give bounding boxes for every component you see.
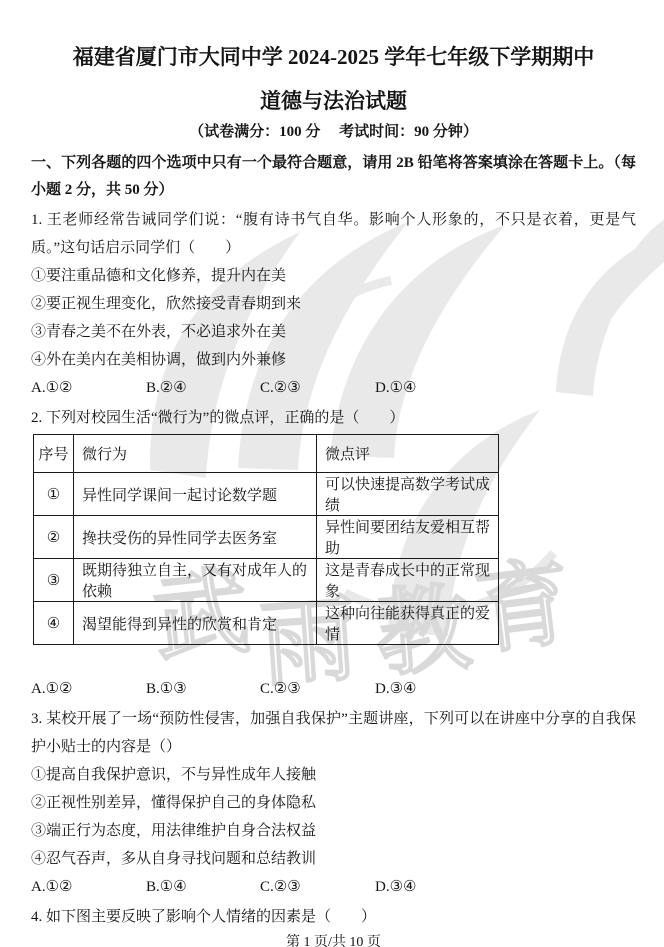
question-1-choice-c: C.②③ [260, 374, 375, 402]
question-1-choice-a: A.①② [31, 374, 146, 402]
table-header-row: 序号 微行为 微点评 [34, 435, 499, 473]
question-2-choice-a: A.①② [31, 675, 146, 703]
question-3-item-1: ①提高自我保护意识，不与异性成年人接触 [31, 761, 636, 789]
table-cell-comment: 可以快速提高数学考试成绩 [317, 473, 499, 516]
question-4: 4. 如下图主要反映了影响个人情绪的因素是（ ） [31, 903, 636, 931]
question-1-choice-b: B.②④ [146, 374, 260, 402]
exam-page: 福建省厦门市大同中学 2024-2025 学年七年级下学期期中 道德与法治试题 … [0, 0, 664, 947]
question-3-choice-a: A.①② [31, 873, 146, 901]
question-1-item-1: ①要注重品德和文化修养，提升内在美 [31, 262, 636, 290]
page-title-line1: 福建省厦门市大同中学 2024-2025 学年七年级下学期期中 [31, 42, 636, 72]
table-cell-comment: 这是青春成长中的正常现象 [317, 559, 499, 602]
section-instruction: 一、下列各题的四个选项中只有一个最符合题意，请用 2B 铅笔将答案填涂在答题卡上… [31, 150, 636, 204]
table-cell-behavior: 异性同学课间一起讨论数学题 [74, 473, 317, 516]
question-2-choice-d: D.③④ [375, 675, 636, 703]
question-3-choice-c: C.②③ [260, 873, 375, 901]
question-3: 3. 某校开展了一场“预防性侵害，加强自我保护”主题讲座，下列可以在讲座中分享的… [31, 705, 636, 901]
question-2: 2. 下列对校园生活“微行为”的微点评，正确的是（ ） 序号 微行为 微点评 ①… [31, 404, 636, 703]
question-1: 1. 王老师经常告诫同学们说：“腹有诗书气自华。影响个人形象的，不只是衣着，更是… [31, 206, 636, 402]
table-header-behavior: 微行为 [74, 435, 317, 473]
table-cell-behavior: 渴望能得到异性的欣赏和肯定 [74, 602, 317, 645]
question-1-choices: A.①② B.②④ C.②③ D.①④ [31, 374, 636, 402]
table-cell-number: ④ [34, 602, 74, 645]
table-cell-number: ② [34, 516, 74, 559]
question-3-item-3: ③端正行为态度，用法律维护自身合法权益 [31, 817, 636, 845]
table-header-comment: 微点评 [317, 435, 499, 473]
question-3-choice-d: D.③④ [375, 873, 636, 901]
question-2-choice-c: C.②③ [260, 675, 375, 703]
table-header-number: 序号 [34, 435, 74, 473]
question-1-stem: 1. 王老师经常告诫同学们说：“腹有诗书气自华。影响个人形象的，不只是衣着，更是… [31, 206, 636, 262]
question-3-stem: 3. 某校开展了一场“预防性侵害，加强自我保护”主题讲座，下列可以在讲座中分享的… [31, 705, 636, 761]
question-1-item-4: ④外在美内在美相协调，做到内外兼修 [31, 346, 636, 374]
question-4-stem: 4. 如下图主要反映了影响个人情绪的因素是（ ） [31, 903, 636, 931]
question-1-item-2: ②要正视生理变化，欣然接受青春期到来 [31, 290, 636, 318]
micro-behavior-table: 序号 微行为 微点评 ① 异性同学课间一起讨论数学题 可以快速提高数学考试成绩 … [33, 434, 499, 645]
question-2-stem: 2. 下列对校园生活“微行为”的微点评，正确的是（ ） [31, 404, 636, 432]
question-3-choice-b: B.①④ [146, 873, 260, 901]
table-row: ② 搀扶受伤的异性同学去医务室 异性间要团结友爱相互帮助 [34, 516, 499, 559]
question-1-item-3: ③青春之美不在外表，不必追求外在美 [31, 318, 636, 346]
table-cell-behavior: 既期待独立自主，又有对成年人的依赖 [74, 559, 317, 602]
question-2-choice-b: B.①③ [146, 675, 260, 703]
exam-info: （试卷满分：100 分 考试时间：90 分钟） [31, 122, 636, 142]
question-3-item-2: ②正视性别差异，懂得保护自己的身体隐私 [31, 789, 636, 817]
page-title-line2: 道德与法治试题 [31, 86, 636, 116]
question-3-item-4: ④忍气吞声，多从自身寻找问题和总结教训 [31, 845, 636, 873]
table-cell-number: ③ [34, 559, 74, 602]
table-cell-behavior: 搀扶受伤的异性同学去医务室 [74, 516, 317, 559]
table-row: ① 异性同学课间一起讨论数学题 可以快速提高数学考试成绩 [34, 473, 499, 516]
table-row: ④ 渴望能得到异性的欣赏和肯定 这种向往能获得真正的爱情 [34, 602, 499, 645]
question-2-choices: A.①② B.①③ C.②③ D.③④ [31, 675, 636, 703]
table-cell-comment: 异性间要团结友爱相互帮助 [317, 516, 499, 559]
table-cell-number: ① [34, 473, 74, 516]
question-3-choices: A.①② B.①④ C.②③ D.③④ [31, 873, 636, 901]
page-footer: 第 1 页/共 10 页 [31, 933, 636, 947]
table-cell-comment: 这种向往能获得真正的爱情 [317, 602, 499, 645]
table-row: ③ 既期待独立自主，又有对成年人的依赖 这是青春成长中的正常现象 [34, 559, 499, 602]
question-1-choice-d: D.①④ [375, 374, 636, 402]
